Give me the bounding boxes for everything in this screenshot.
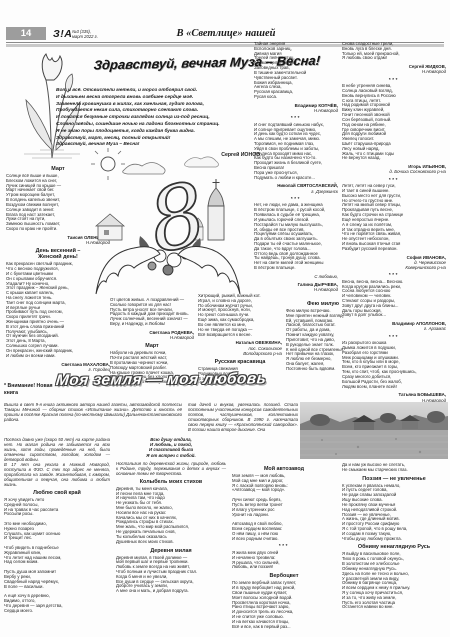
feature-headline: Моя земля — моя любовь [55,370,311,390]
bouquet-sketch-image: 8 [90,148,246,296]
author-signature: Галина ДЫРЧЕВА,Н.Новгород [254,282,338,292]
author-location: Н.Новгород [254,108,338,113]
poem-text: Да и нам уж высоко не слетать, Не смыкае… [342,463,446,473]
section-rubric: В «Светлице» нашей [128,28,324,39]
poem-text: И снег подтаявший синькою набух, И солнц… [254,123,338,181]
poem-column-3-top: Тайная энергия Всполохов зарниц, Дивная … [254,42,338,295]
author-signature: Николай СВЯТОСЛАВСКИЙ,г. Дзержинск [254,183,338,193]
separator: *** [232,544,336,549]
poem-text: К успехам я рвалась немало, И пусть седе… [342,484,446,542]
poem-title: Русская красавица [198,359,282,365]
author-signature: Светлана МАХАЛОВА,г. Городец [6,362,110,372]
poem-text: В небе утренняя синева, Солнца ласковый … [342,84,446,161]
issue-info: №3 (335), март 2022 г. [72,29,98,40]
quote-lines: Всю душу отдала, И любовь, и покой, И сч… [116,437,226,458]
poem-text: Я хочу увидеть лето Средней полосы, И на… [4,498,110,614]
poem-text: От цветов живых. А поздравлений — Скольк… [110,298,194,327]
bottom-column-2: Всю душу отдала, И любовь, и покой, И сч… [116,437,226,597]
separator: *** [342,273,446,278]
author-signature: Владимир КОПЧЁВ,Н.Новгород [254,103,338,113]
poem-title: Мой автозавод [232,466,336,472]
author-location: д. Бочиха Сосновского р-на [342,169,446,174]
closing-line: С любовью, [254,274,338,279]
author-signature: София ИВАНОВА,д. Черемисское Ковернинско… [342,255,446,271]
poem-text: Хитрющий, рыжий, важный кот. Играл, и сл… [198,294,282,337]
author-signature: Светлана РОДНЕВА,Н.Новгород [110,330,194,340]
separator: *** [342,178,446,183]
lead-poem-lines: Вот и всё. Отсвистели метели, и мороз от… [56,88,260,149]
poem-title: Колыбель моих стихов [116,479,226,485]
poem-text: Летят, летят на север гуси, И тает в син… [342,184,446,251]
march-8-bouquet-sketch: 8 [90,148,246,296]
poem-text: Снова сладостные трели, Вновь луга в бле… [342,42,446,61]
page-number-box: 14 [6,27,46,40]
poem-title: Вербоцвет [232,573,336,579]
village-landscape-photo [300,402,448,459]
poem-title: Фею милую [286,301,360,307]
poem-column-4-mid: Фею милуюФею милую встречаю. Мне приятен… [286,298,360,375]
page-number: 14 [21,28,32,39]
newspaper-page: { "header": { "page_number": "14", "logo… [0,0,450,637]
bottom-column-1: Посёлка давно уже (скоро 50 лет) на карт… [4,437,110,616]
author-signature: Игорь ИЛЬИНОВ,д. Бочиха Сосновского р-на [342,164,446,174]
author-location: пос. Сокольское Володарского р-на [198,346,282,356]
author-location: Н.Новгород [342,69,446,74]
poem-title: Люблю свой край [4,490,110,496]
author-signature: Сергей ЖИДКОВ,Н.Новгород [342,64,446,74]
poem-text: Нет, не люди, не дама, а женщина В пёстр… [254,203,338,270]
separator: *** [254,116,338,121]
newspaper-logo: З!А [53,28,72,40]
intro-paragraph: Посёлка давно уже (скоро 50 лет) на карт… [4,437,110,487]
author-location: г. Дзержинск [254,189,338,194]
poem-title: Деревня милая [116,548,226,554]
poem-title: Обниму ненаглядную Русь [342,544,446,550]
poem-title: Март [110,343,194,349]
author-location: Н.Новгород [110,335,194,340]
poem-text: По земле вербный запах гуляет, И в пруду… [232,581,336,629]
author-location: Н.Новгород [254,287,338,292]
poem-title: Поэзия — не увлеченье [342,476,446,482]
feature-intro-b: тив дачей и внуков, увлекалась поэзией. … [188,402,298,432]
poem-text: Деревня милая, в твоей долинке — мой пер… [116,556,226,595]
intro-paragraph: Ностальгия по деревенской жизни, природе… [116,461,226,476]
bottom-column-4: Да и нам уж высоко не слетать, Не смыкае… [342,463,446,613]
author-location: д. Черемисское Ковернинского р-на [342,260,446,270]
author-signature: Наталья ОВЕЖКИНА,пос. Сокольское Володар… [198,340,282,356]
separator: *** [342,78,446,83]
new-book-notice: * Внимание! Новая книга [4,383,58,396]
feature-intro-a: Вышла в свет 9-я книга активного автора … [4,402,182,422]
separator: *** [254,197,338,202]
poem-text: Деревня, ты меня качала, И песни пела мн… [116,487,226,545]
bottom-column-3: Мой автозаводМоя земля — моя любовь, Мой… [232,463,336,632]
village-photo-image [300,402,448,459]
poem-text: Я выйду в васильковое поле, Тихо в рожь … [342,552,446,610]
poem-text: Я жила меж двух огней И нечаянно трезвел… [232,551,336,570]
poem-text: Моя земля — моя любовь, Мой сад мне мил … [232,474,336,541]
poem-text: Фею милую встречаю. Мне приятен нежный в… [286,309,360,372]
poem-text: Тайная энергия Всполохов зарниц, Дивная … [254,42,338,100]
